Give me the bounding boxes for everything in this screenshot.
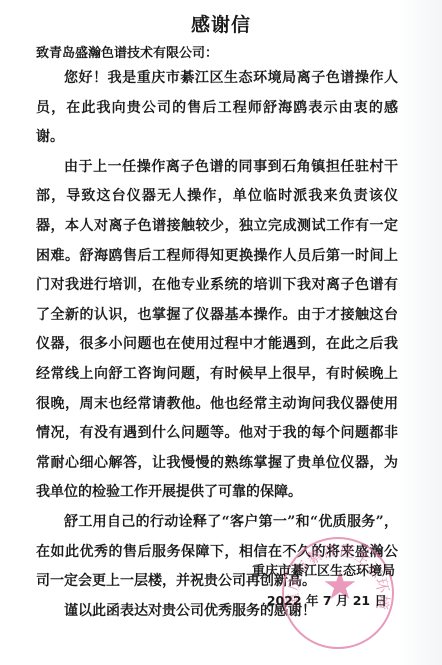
paragraph-story: 由于上一任操作离子色谱的同事到石角镇担任驻村干部，导致这台仪器无人操作，单位临时… (36, 153, 398, 508)
signature-organization: 重庆市綦江区生态环境局 (250, 560, 395, 579)
signature-date: 2022 年 7 月 21 日 (250, 591, 395, 609)
letter-salutation: 致青岛盛瀚色谱技术有限公司： (36, 42, 218, 61)
signature-block: 重庆市綦江区生态环境局 2022 年 7 月 21 日 (250, 560, 395, 609)
letter-title: 感谢信 (0, 10, 442, 37)
letter-page: 感谢信 致青岛盛瀚色谱技术有限公司： 您好！我是重庆市綦江区生态环境局离子色谱操… (0, 0, 442, 665)
paragraph-greeting: 您好！我是重庆市綦江区生态环境局离子色谱操作人员，在此我向贵公司的售后工程师舒海… (36, 64, 398, 153)
